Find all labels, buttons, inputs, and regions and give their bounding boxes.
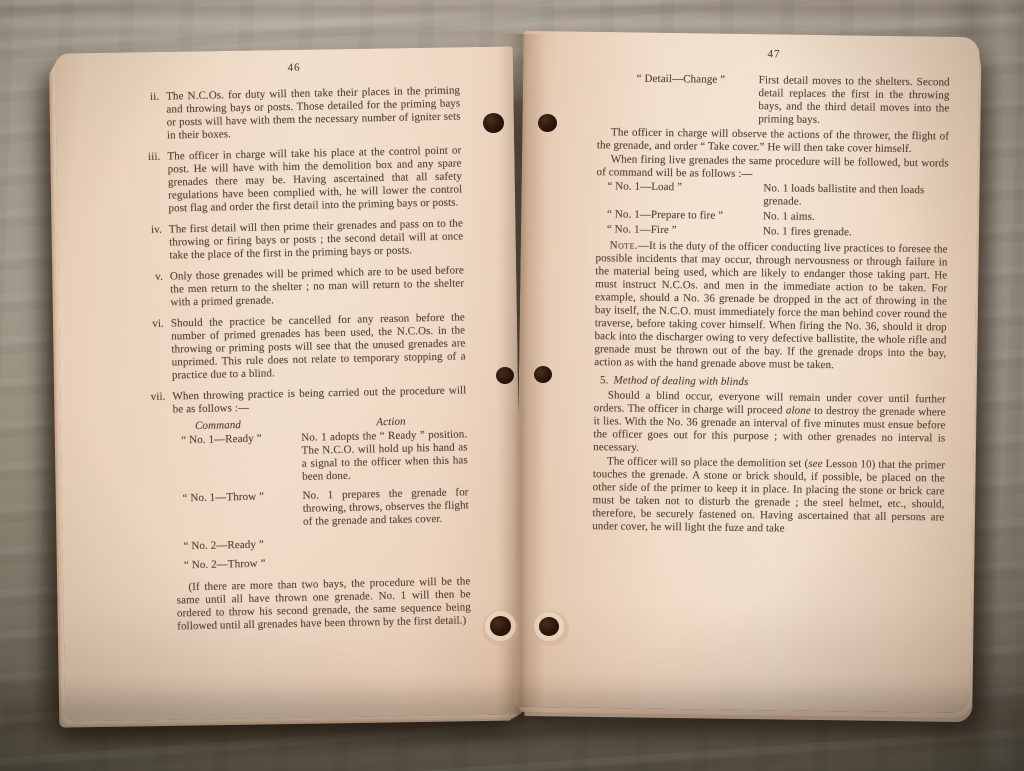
- action-cell: No. 1 aims.: [763, 210, 948, 225]
- emphasis-word: see: [808, 458, 823, 470]
- paragraph: The officer will so place the demolition…: [592, 455, 945, 537]
- command-cell: “ No. 1—Ready ”: [181, 432, 302, 487]
- page-left-text: 46 ii. The N.C.Os. for duty will then ta…: [128, 58, 471, 634]
- item-numeral: iv.: [132, 224, 170, 264]
- command-action-table: Command Action “ No. 1—Ready ” No. 1 ado…: [181, 414, 470, 572]
- command-cell: “ Detail—Change ”: [636, 73, 759, 126]
- table-row: “ Detail—Change ” First detail moves to …: [636, 73, 950, 129]
- list-item: ii. The N.C.Os. for duty will then take …: [129, 84, 461, 143]
- item-numeral: vii.: [135, 391, 173, 418]
- punch-hole: [490, 616, 511, 636]
- page-number-right: 47: [598, 46, 950, 63]
- punch-hole: [483, 113, 504, 133]
- emphasis-word: alone: [786, 405, 811, 417]
- command-cell: “ No. 2—Ready ”: [183, 538, 303, 554]
- command-cell: “ No. 1—Prepare to fire ”: [607, 208, 763, 223]
- item-text: The officer in charge will take his plac…: [167, 144, 462, 215]
- punch-hole: [534, 366, 552, 383]
- list-item: iii. The officer in charge will take his…: [130, 144, 462, 216]
- item-numeral: ii.: [129, 91, 167, 144]
- command-cell: “ No. 2—Throw ”: [184, 557, 304, 573]
- paragraph-text: Lesson 10) that the primer touches the g…: [592, 458, 945, 535]
- punch-hole: [496, 367, 514, 384]
- note-paragraph: Note.—It is the duty of the officer cond…: [594, 239, 948, 373]
- action-cell: No. 1 adopts the “ Ready ” position. The…: [301, 428, 468, 483]
- command-cell: “ No. 1—Fire ”: [607, 223, 763, 238]
- paragraph-text: The officer will so place the demolition…: [607, 455, 808, 469]
- page-right: 47 “ Detail—Change ” First detail moves …: [514, 31, 979, 713]
- item-text: When throwing practice is being carried …: [172, 384, 466, 416]
- fabric-wrinkle: [0, 6, 1024, 36]
- page-number-left: 46: [128, 58, 459, 78]
- section-number: 5.: [600, 374, 609, 386]
- item-text: Only those grenades will be primed which…: [170, 264, 465, 309]
- table-row: “ No. 1—Load ” No. 1 loads ballistite an…: [607, 180, 948, 210]
- punch-hole: [538, 114, 557, 132]
- table-row: “ No. 1—Prepare to fire ” No. 1 aims.: [607, 208, 948, 225]
- action-cell: No. 1 loads ballistite and then loads gr…: [763, 182, 948, 210]
- closing-paragraph: (If there are more than two bays, the pr…: [176, 575, 471, 633]
- command-cell: “ No. 1—Throw ”: [182, 490, 303, 532]
- item-text: Should the practice be cancelled for any…: [171, 311, 466, 382]
- table-row: “ No. 1—Throw ” No. 1 prepares the grena…: [182, 486, 469, 531]
- item-text: The first detail will then prime their g…: [169, 217, 464, 262]
- item-numeral: iii.: [130, 151, 168, 217]
- page-left: 46 ii. The N.C.Os. for duty will then ta…: [55, 46, 523, 721]
- note-text: —It is the duty of the officer conductin…: [594, 240, 948, 371]
- item-numeral: vi.: [134, 318, 172, 384]
- table-row: “ No. 2—Ready ”: [183, 534, 469, 553]
- table-row: “ No. 1—Fire ” No. 1 fires grenade.: [607, 223, 948, 240]
- paragraph: The officer in charge will observe the a…: [597, 126, 949, 156]
- photo-scene: 46 ii. The N.C.Os. for duty will then ta…: [0, 0, 1024, 771]
- action-cell: [304, 553, 470, 569]
- list-item: iv. The first detail will then prime the…: [132, 217, 464, 263]
- paragraph: Should a blind occur, everyone will rema…: [593, 389, 946, 458]
- section-heading: 5.Method of dealing with blinds: [600, 374, 946, 391]
- list-item: v. Only those grenades will be primed wh…: [133, 264, 465, 310]
- page-right-text: 47 “ Detail—Change ” First detail moves …: [592, 46, 950, 538]
- note-label: Note.: [610, 239, 638, 251]
- table-row: “ No. 2—Throw ”: [184, 553, 470, 572]
- item-text: The N.C.Os. for duty will then take thei…: [166, 84, 461, 142]
- action-cell: No. 1 fires grenade.: [763, 225, 948, 240]
- section-title: Method of dealing with blinds: [613, 374, 748, 388]
- item-numeral: v.: [133, 271, 171, 311]
- command-cell: “ No. 1—Load ”: [607, 180, 763, 208]
- action-cell: No. 1 prepares the grenade for throwing,…: [302, 486, 469, 528]
- paragraph: When firing live grenades the same proce…: [596, 153, 948, 183]
- action-cell: [303, 534, 469, 550]
- list-item: vi. Should the practice be cancelled for…: [134, 311, 466, 383]
- table-row: “ No. 1—Ready ” No. 1 adopts the “ Ready…: [181, 428, 468, 486]
- list-item: vii. When throwing practice is being car…: [135, 384, 466, 417]
- action-cell: First detail moves to the shelters. Seco…: [758, 74, 950, 128]
- punch-hole: [539, 617, 559, 636]
